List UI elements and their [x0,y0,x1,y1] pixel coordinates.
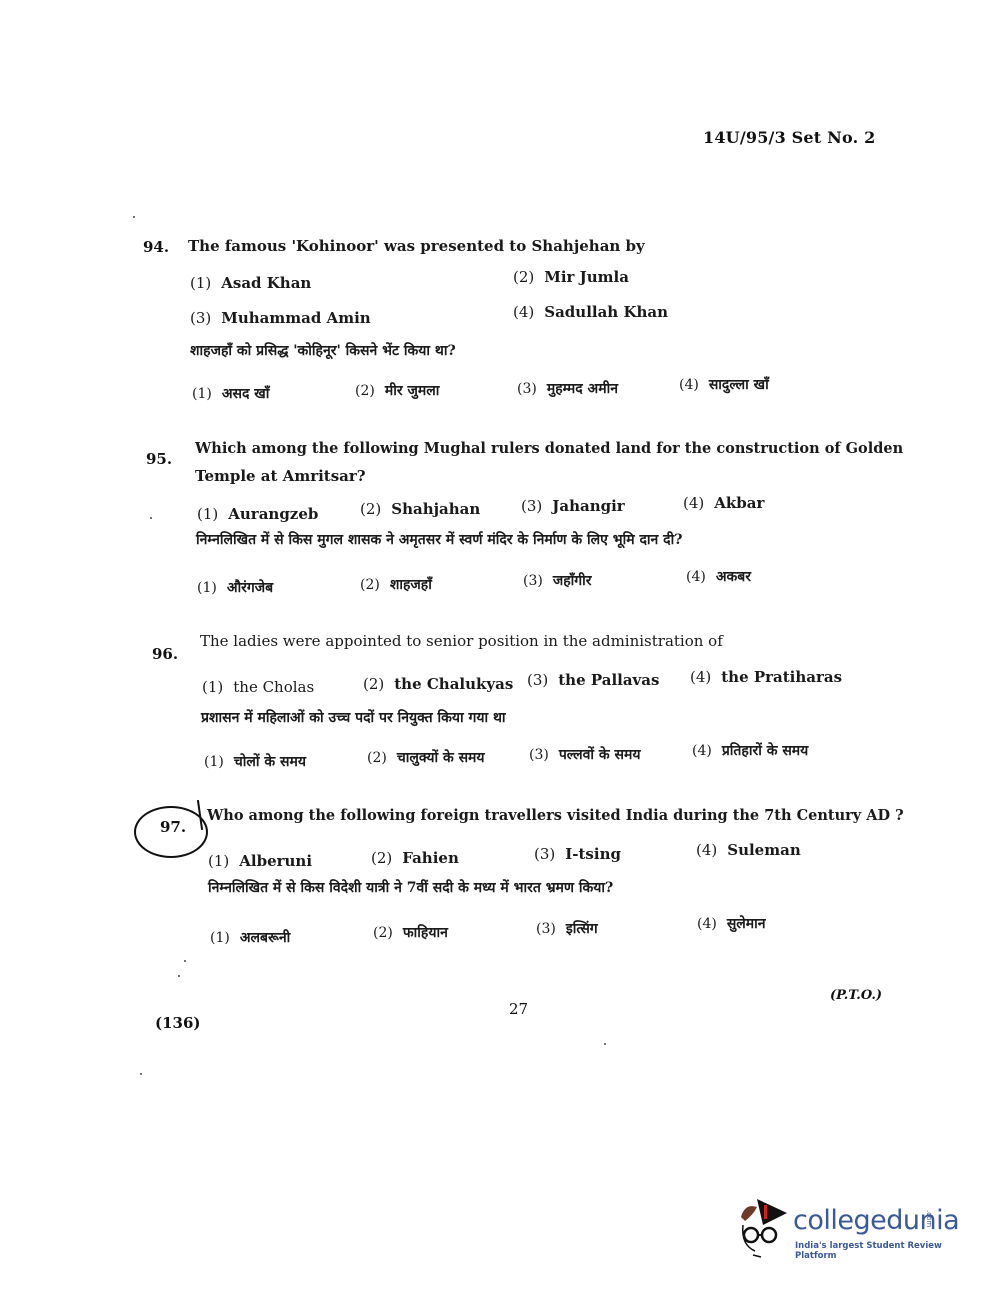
option-label: शाहजहाँ [390,577,432,593]
option-label: Asad Khan [221,274,311,292]
option-number: (3) [517,381,537,397]
option-label: प्रतिहारों के समय [722,743,808,759]
option-number: (4) [692,743,712,759]
question-97-text-hi: निम्नलिखित में से किस विदेशी यात्री ने 7… [208,878,613,897]
option-number: (4) [513,303,534,321]
q94-option-4-hi: (4)सादुल्ला खाँ [679,375,769,394]
q95-option-2-hi: (2)शाहजहाँ [360,575,432,594]
option-label: the Cholas [233,678,314,696]
q95-option-4-en: (4)Akbar [683,494,764,512]
q96-option-4-hi: (4)प्रतिहारों के समय [692,741,808,760]
option-label: the Pallavas [558,671,659,689]
option-label: सुलेमान [727,916,766,932]
option-label: चालुक्यों के समय [397,750,485,766]
option-number: (1) [204,754,224,770]
option-label: औरंगजेब [227,580,273,596]
option-label: Sadullah Khan [544,303,668,321]
option-number: (2) [360,500,381,518]
option-number: (3) [521,497,542,515]
option-label: Shahjahan [391,500,480,518]
q97-option-2-hi: (2)फाहियान [373,923,448,942]
option-number: (2) [371,849,392,867]
question-95-text-hi: निम्नलिखित में से किस मुगल शासक ने अमृतस… [196,530,682,549]
q94-option-1-hi: (1)असद खाँ [192,384,269,403]
question-96-text-hi: प्रशासन में महिलाओं को उच्च पदों पर नियु… [201,708,506,727]
option-label: चोलों के समय [234,754,306,770]
q96-option-2-hi: (2)चालुक्यों के समय [367,748,485,767]
scan-speck [133,216,135,218]
q96-option-3-hi: (3)पल्लवों के समय [529,745,640,764]
scan-speck [604,1043,606,1045]
q96-option-1-hi: (1)चोलों के समय [204,752,306,771]
option-number: (4) [696,841,717,859]
option-number: (2) [363,675,384,693]
q96-option-2-en: (2)the Chalukyas [363,675,513,693]
scan-speck [140,1073,142,1075]
q97-option-4-en: (4)Suleman [696,841,801,859]
option-label: मुहम्मद अमीन [547,381,618,397]
option-number: (1) [210,930,230,946]
option-label: सादुल्ला खाँ [709,377,769,393]
option-label: the Pratiharas [721,668,842,686]
option-label: अकबर [716,569,751,585]
option-number: (2) [367,750,387,766]
q95-option-2-en: (2)Shahjahan [360,500,480,518]
q95-option-1-hi: (1)औरंगजेब [197,578,273,597]
mascot-logo-icon [735,1195,795,1265]
q97-option-4-hi: (4)सुलेमान [697,914,766,933]
q97-option-3-hi: (3)इत्सिंग [536,919,598,938]
page-number: 27 [509,1000,528,1018]
option-number: (2) [373,925,393,941]
option-label: अलबरूनी [240,930,290,946]
option-number: (3) [527,671,548,689]
question-94-text-en: The famous 'Kohinoor' was presented to S… [188,237,645,255]
option-label: फाहियान [403,925,448,941]
option-number: (4) [690,668,711,686]
option-number: (1) [202,678,223,696]
option-number: (4) [697,916,717,932]
q97-option-3-en: (3)I-tsing [534,845,621,863]
question-number-95: 95. [146,450,172,468]
option-label: Mir Jumla [544,268,629,286]
option-number: (3) [523,573,543,589]
q95-option-3-en: (3)Jahangir [521,497,625,515]
q94-option-2-en: (2)Mir Jumla [513,268,629,286]
brand-domain: .com [925,1210,933,1227]
option-number: (2) [513,268,534,286]
option-label: Suleman [727,841,800,859]
q94-option-3-en: (3)Muhammad Amin [190,309,371,327]
q97-option-1-hi: (1)अलबरूनी [210,928,290,947]
q96-option-4-en: (4)the Pratiharas [690,668,842,686]
brand-name: collegedunia [793,1205,959,1236]
q94-option-2-hi: (2)मीर जुमला [355,381,439,400]
option-number: (3) [534,845,555,863]
option-label: the Chalukyas [394,675,513,693]
option-number: (1) [192,386,212,402]
question-number-97: 97. [160,818,186,836]
collegedunia-watermark: collegedunia .com India's largest Studen… [735,1195,965,1265]
option-number: (3) [190,309,211,327]
option-number: (3) [529,747,549,763]
option-label: Jahangir [552,497,624,515]
q97-option-1-en: (1)Alberuni [208,852,312,870]
option-label: इत्सिंग [566,921,598,937]
question-94-text-hi: शाहजहाँ को प्रसिद्ध 'कोहिनूर' किसने भेंट… [190,341,456,360]
option-number: (4) [686,569,706,585]
option-label: Aurangzeb [228,505,318,523]
option-label: Akbar [714,494,764,512]
booklet-code: (136) [155,1014,201,1032]
question-95-text-en-line1: Which among the following Mughal rulers … [195,440,903,457]
option-label: पल्लवों के समय [559,747,641,763]
option-label: I-tsing [565,845,621,863]
question-97-text-en: Who among the following foreign travelle… [207,807,904,824]
option-number: (2) [355,383,375,399]
option-label: असद खाँ [222,386,270,402]
scan-speck [150,517,152,519]
option-label: मीर जुमला [385,383,439,399]
q96-option-1-en: (1)the Cholas [202,678,314,696]
question-96-text-en: The ladies were appointed to senior posi… [200,632,723,650]
q94-option-1-en: (1)Asad Khan [190,274,311,292]
pto-label: (P.T.O.) [830,988,882,1003]
brand-tagline: India's largest Student Review Platform [795,1241,965,1261]
q94-option-4-en: (4)Sadullah Khan [513,303,668,321]
q97-option-2-en: (2)Fahien [371,849,459,867]
scan-speck [178,975,180,977]
q95-option-1-en: (1)Aurangzeb [197,505,318,523]
option-number: (1) [197,505,218,523]
q94-option-3-hi: (3)मुहम्मद अमीन [517,379,618,398]
option-number: (1) [190,274,211,292]
option-number: (4) [679,377,699,393]
option-number: (2) [360,577,380,593]
option-label: जहाँगीर [553,573,592,589]
option-label: Muhammad Amin [221,309,370,327]
option-number: (3) [536,921,556,937]
option-number: (1) [208,852,229,870]
q95-option-4-hi: (4)अकबर [686,567,751,586]
question-number-94: 94. [143,238,169,256]
question-95-text-en-line2: Temple at Amritsar? [195,467,366,485]
q95-option-3-hi: (3)जहाँगीर [523,571,592,590]
option-label: Alberuni [239,852,312,870]
option-number: (1) [197,580,217,596]
paper-set-code: 14U/95/3 Set No. 2 [703,128,875,147]
q96-option-3-en: (3)the Pallavas [527,671,659,689]
option-number: (4) [683,494,704,512]
question-number-96: 96. [152,645,178,663]
option-label: Fahien [402,849,459,867]
scan-speck [184,960,186,962]
